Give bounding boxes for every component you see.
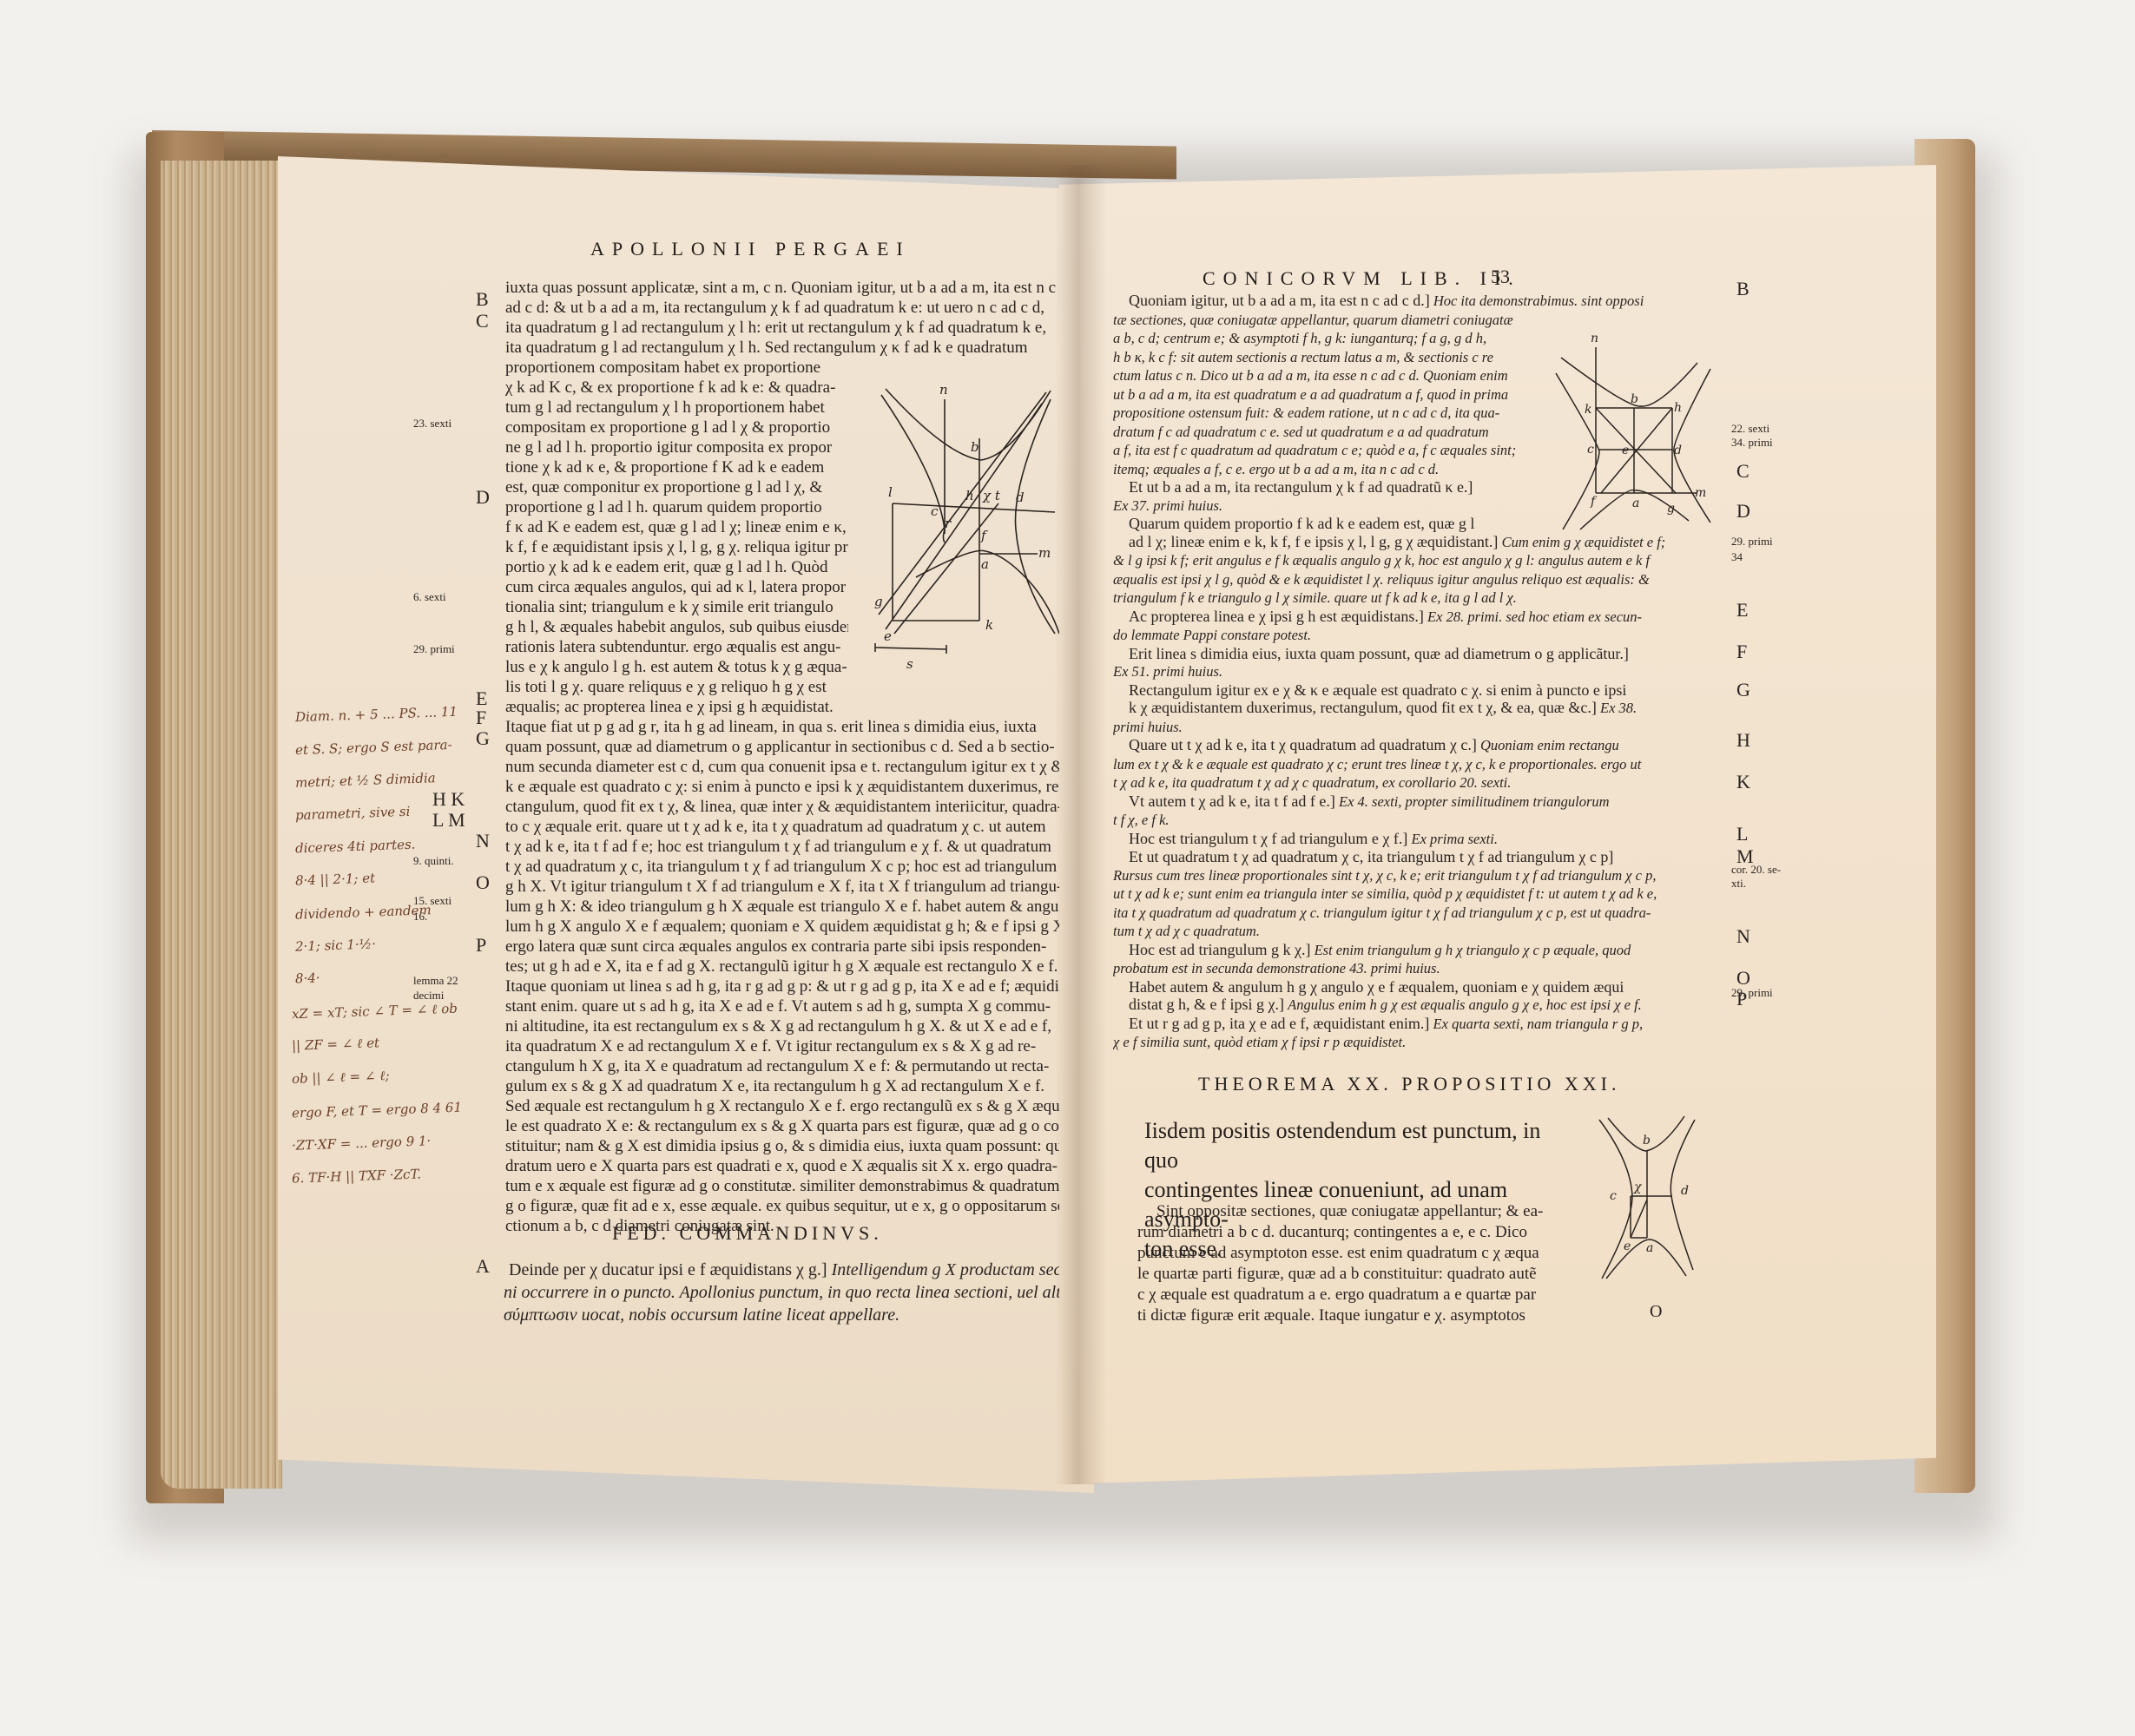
text-line: Ex 51. primi huius.: [1113, 662, 1721, 681]
text-line: proportione g l ad l h. quarum quidem pr…: [505, 497, 848, 517]
roman-text: Erit linea s dimidia eius, iuxta quam po…: [1113, 645, 1629, 662]
side-letter: D: [476, 486, 490, 509]
roman-text: Rectangulum igitur ex e χ & κ e æquale e…: [1113, 681, 1626, 699]
italic-text: a f, ita est f c quadratum ad quadratum …: [1113, 442, 1516, 458]
italic-text: probatum est in secunda demonstratione 4…: [1113, 960, 1440, 976]
text-line: distat g h, & e f ipsi g χ.] Angulus eni…: [1113, 996, 1721, 1015]
text-line: & l g ipsi k f; erit angulus e f k æqual…: [1113, 551, 1721, 570]
right-running-head: CONICORVM LIB. II.: [1203, 267, 1521, 290]
text-line: quam possunt, quæ ad diametrum o g appli…: [505, 737, 1078, 757]
right-bottom-hyperbola-diagram: bχc dea: [1598, 1109, 1719, 1283]
italic-text: χ e f similia sunt, quòd etiam χ f ipsi …: [1113, 1034, 1406, 1050]
text-line: to c χ æquale erit. quare ut t χ ad k e,…: [505, 817, 1078, 837]
svg-text:a: a: [1646, 1241, 1653, 1255]
text-line: Quoniam igitur, ut b a ad a m, ita est n…: [1113, 292, 1721, 311]
text-line: cum circa æquales angulos, qui ad κ l, l…: [505, 577, 848, 597]
text-line: num secunda diameter est c d, cum qua co…: [505, 757, 1078, 777]
italic-text: Ex 38.: [1597, 700, 1637, 716]
text-line: lus e χ k angulo l g h. est autem & totu…: [505, 657, 848, 677]
text-line: ergo latera quæ sunt circa æquales angul…: [505, 937, 1078, 957]
text-line: t f χ, e f k.: [1113, 811, 1721, 830]
italic-text: Ex 28. primi. sed hoc etiam ex secun-: [1424, 608, 1642, 625]
roman-text: distat g h, & e f ipsi g χ.]: [1113, 996, 1284, 1013]
italic-text: tæ sectiones, quæ coniugatæ appellantur,…: [1113, 312, 1513, 328]
svg-text:h: h: [1674, 401, 1682, 415]
italic-text: do lemmate Pappi constare potest.: [1113, 627, 1311, 643]
side-letter: G: [1736, 679, 1750, 701]
svg-text:s: s: [906, 656, 913, 672]
text-line: Erit linea s dimidia eius, iuxta quam po…: [1113, 645, 1721, 663]
text-line: tione χ k ad κ e, & proportione f K ad k…: [505, 457, 848, 477]
roman-text: Vt autem t χ ad k e, ita t f ad f e.]: [1113, 792, 1335, 810]
margin-reference: cor. 20. se-: [1731, 863, 1781, 877]
text-line: ita quadratum g l ad rectangulum χ l h: …: [505, 318, 1078, 338]
text-line: tes; ut g h ad e X, ita e f ad g X. rect…: [505, 957, 1078, 976]
italic-text: t f χ, e f k.: [1113, 812, 1170, 828]
svg-text:g: g: [874, 594, 883, 609]
italic-text: Ex 4. sexti, propter similitudinem trian…: [1335, 793, 1610, 810]
handwritten-line: et S. S; ergo S est para-: [294, 730, 452, 765]
svg-text:m: m: [1695, 486, 1706, 500]
margin-reference: 9. quinti.: [413, 854, 454, 868]
italic-text: tum t χ ad χ c quadratum.: [1113, 923, 1260, 939]
text-line: tionalia sint; triangulum e k χ simile e…: [505, 597, 848, 617]
handwritten-line: metri; et ½ S dimidia: [294, 763, 436, 798]
handwritten-line: Diam. n. + 5 ... PS. ... 11: [294, 697, 458, 733]
svg-text:n: n: [939, 382, 948, 398]
svg-text:e: e: [1624, 1240, 1631, 1253]
svg-text:χ: χ: [1633, 1180, 1643, 1194]
text-line: ita quadratum X e ad rectangulum X e f. …: [505, 1036, 1078, 1056]
text-line: itemq; æquales a f, c e. ergo ut b a ad …: [1113, 460, 1521, 479]
svg-text:a: a: [1632, 496, 1639, 510]
side-letter: D: [1736, 500, 1750, 523]
text-line: æqualis est ipsi χ l g, quòd & e k æquid…: [1113, 570, 1721, 589]
italic-text: Hoc ita demonstrabimus. sint opposi: [1430, 293, 1644, 309]
theorem-proof: Sint oppositæ sectiones, quæ coniugatæ a…: [1137, 1201, 1554, 1326]
svg-text:k: k: [985, 617, 993, 633]
svg-text:b: b: [1643, 1134, 1651, 1147]
svg-text:r: r: [945, 516, 952, 531]
text-line: Et ut quadratum t χ ad quadratum χ c, it…: [1113, 848, 1721, 866]
text-line: g h l, & æquales habebit angulos, sub qu…: [505, 617, 848, 637]
margin-reference: lemma 22: [413, 974, 458, 988]
handwritten-line: ob || ∠ ℓ = ∠ ℓ;: [291, 1061, 390, 1094]
text-line: compositam ex proportione g l ad l χ & p…: [505, 418, 848, 437]
text-line: Hoc est triangulum t χ f ad triangulum e…: [1113, 830, 1721, 849]
side-letter: C: [1736, 460, 1750, 483]
italic-text: ctum latus c n. Dico ut b a ad a m, ita …: [1113, 367, 1508, 384]
text-line: t χ ad k e, ita t f ad f e; hoc est tria…: [505, 837, 1078, 857]
text-line: iuxta quas possunt applicatæ, sint a m, …: [505, 278, 1078, 298]
text-line: Vt autem t χ ad k e, ita t f ad f e.] Ex…: [1113, 792, 1721, 812]
text-line: lis toti l g χ. quare reliquus e χ g rel…: [505, 677, 848, 697]
text-line: æqualis; ac propterea linea e χ ipsi g h…: [505, 697, 848, 717]
italic-text: Ex prima sexti.: [1407, 831, 1498, 847]
roman-text: Et ut quadratum t χ ad quadratum χ c, it…: [1113, 848, 1613, 865]
svg-text:n: n: [1591, 332, 1598, 345]
roman-text: Hoc est ad triangulum g k χ.]: [1113, 941, 1310, 958]
text-line: ctangulum, quod fit ex t χ, & linea, quæ…: [505, 797, 1078, 817]
side-letter: C: [476, 310, 489, 332]
side-letter: K: [1736, 771, 1750, 793]
roman-text: Ac propterea linea e χ ipsi g h est æqui…: [1113, 608, 1424, 625]
text-line: le est quadrato X e: & rectangulum ex s …: [505, 1116, 1078, 1136]
roman-text: Quarum quidem proportio f k ad k e eadem…: [1113, 515, 1474, 532]
roman-text: Quare ut t χ ad k e, ita t χ quadratum a…: [1113, 736, 1477, 753]
side-letter: N: [1736, 925, 1750, 948]
text-line: k e æquale est quadrato c χ: si enim à p…: [505, 777, 1078, 797]
text-line: ut t χ ad k e; sunt enim ea triangula in…: [1113, 884, 1721, 904]
text-line: Itaque fiat ut p g ad g r, ita h g ad li…: [505, 717, 1078, 737]
svg-text:e: e: [1622, 444, 1629, 457]
text-line: Hoc est ad triangulum g k χ.] Est enim t…: [1113, 941, 1721, 960]
text-line: Habet autem & angulum h g χ angulo χ e f…: [1113, 978, 1721, 996]
italic-text: ut t χ ad k e; sunt enim ea triangula in…: [1113, 885, 1657, 902]
text-line: lum g h X: & ideo triangulum g h X æqual…: [505, 897, 1078, 917]
text-line: χ k ad K c, & ex proportione f k ad k e:…: [505, 378, 848, 398]
text-line: k χ æquidistantem duxerimus, rectangulum…: [1113, 699, 1721, 718]
text-line: do lemmate Pappi constare potest.: [1113, 626, 1721, 645]
text-line: Itaque quoniam ut linea s ad h g, ita r …: [505, 976, 1078, 996]
handwritten-line: dividendo + eandem: [294, 895, 432, 929]
proof-line: Sint oppositæ sectiones, quæ coniugatæ a…: [1137, 1201, 1554, 1222]
side-letter: F: [476, 707, 486, 729]
side-letter: N: [476, 830, 490, 852]
side-letter: E: [1736, 599, 1748, 621]
text-line: Rursus cum tres lineæ proportionales sin…: [1113, 866, 1721, 885]
svg-text:g: g: [1667, 502, 1675, 516]
svg-text:χ t: χ t: [982, 488, 1001, 503]
text-line: Sed æquale est rectangulum h g X rectang…: [505, 1096, 1078, 1116]
text-line: ad c d: & ut b a ad a m, ita rectangulum…: [505, 298, 1078, 318]
commentary-heading: FED. COMMANDINVS.: [612, 1222, 883, 1245]
handwritten-line: 8·4 || 2·1; et: [294, 863, 375, 895]
text-line: stant enim. quare ut s ad h g, ita X e a…: [505, 996, 1078, 1016]
commentary-text: Deinde per χ ducatur ipsi e f æquidistan…: [504, 1259, 1094, 1326]
handwritten-line: 6. TF·H || TXF ·ZcT.: [291, 1159, 421, 1193]
text-line: Ac propterea linea e χ ipsi g h est æqui…: [1113, 608, 1721, 627]
text-line: gulum ex s & g X ad quadratum X e, ita r…: [505, 1076, 1078, 1096]
theorem-heading: THEOREMA XX. PROPOSITIO XXI.: [1198, 1073, 1621, 1095]
signature-mark: O: [1650, 1302, 1662, 1322]
margin-reference: 22. sexti: [1731, 422, 1769, 436]
text-line: ita t χ quadratum ad quadratum χ c. tria…: [1113, 904, 1721, 923]
italic-text: propositione ostensum fuit: & eadem rati…: [1113, 404, 1499, 421]
text-line: triangulum f k e triangulo g l χ simile.…: [1113, 589, 1721, 608]
handwritten-line: parametri, sive si: [294, 797, 411, 831]
italic-text: dratum f c ad quadratum c e. sed ut quad…: [1113, 424, 1489, 440]
italic-text: Ex quarta sexti, nam triangula r g p,: [1429, 1016, 1643, 1032]
text-line: ni altitudine, ita est rectangulum ex s …: [505, 1016, 1078, 1036]
text-line: Rectangulum igitur ex e χ & κ e æquale e…: [1113, 681, 1721, 700]
italic-text: Est enim triangulum g h χ triangulo χ c …: [1310, 942, 1631, 958]
italic-text: Angulus enim h g χ est æqualis angulo g …: [1284, 996, 1642, 1013]
text-line: a f, ita est f c quadratum ad quadratum …: [1113, 441, 1521, 460]
text-line: primi huius.: [1113, 718, 1721, 737]
roman-text: Quoniam igitur, ut b a ad a m, ita est n…: [1113, 292, 1430, 309]
svg-text:d: d: [1681, 1184, 1689, 1198]
handwritten-line: 2·1; sic 1·½·: [294, 929, 376, 961]
commentary-marker: A: [476, 1255, 490, 1278]
svg-text:d: d: [1674, 444, 1682, 457]
text-line: h b κ, k c f: sit autem sectionis a rect…: [1113, 348, 1521, 367]
proof-line: ti dictæ figuræ erit æquale. Itaque iung…: [1137, 1305, 1554, 1326]
italic-text: & l g ipsi k f; erit angulus e f k æqual…: [1113, 552, 1650, 569]
text-line: propositione ostensum fuit: & eadem rati…: [1113, 404, 1521, 423]
margin-reference: 34: [1731, 550, 1743, 564]
proof-line: c χ æquale est quadratum a e. ergo quadr…: [1137, 1285, 1554, 1305]
side-letter: G: [476, 727, 490, 750]
text-line: ctum latus c n. Dico ut b a ad a m, ita …: [1113, 366, 1521, 385]
margin-reference: 34. primi: [1731, 436, 1773, 450]
text-line: t χ ad quadratum χ c, ita triangulum t χ…: [505, 857, 1078, 877]
roman-text: ad l χ; lineæ enim e k, k f, f e ipsis χ…: [1113, 533, 1498, 550]
side-letter: O: [476, 871, 490, 894]
text-line: ne g l ad l h. proportio igitur composit…: [505, 437, 848, 457]
svg-text:m: m: [1038, 545, 1051, 561]
text-line: est, quæ componitur ex proportione g l a…: [505, 477, 848, 497]
italic-text: Quoniam enim rectangu: [1477, 737, 1619, 753]
side-letter: H: [1736, 729, 1750, 752]
text-line: k f, f e æquidistant ipsis χ l, l g, g χ…: [505, 537, 848, 557]
left-hyperbola-diagram: nbl hχ td crf amg ek: [834, 382, 1085, 642]
italic-text: ita t χ quadratum ad quadratum χ c. tria…: [1113, 904, 1651, 921]
text-line: ut b a ad a m, ita est quadratum e a ad …: [1113, 385, 1521, 404]
side-letter: B: [476, 288, 489, 311]
side-letter: B: [1736, 278, 1750, 300]
text-line: lum ex t χ & k e æquale est quadrato χ c…: [1113, 755, 1721, 774]
italic-text: ut b a ad a m, ita est quadratum e a ad …: [1113, 386, 1508, 403]
roman-text: Hoc est triangulum t χ f ad triangulum e…: [1113, 830, 1407, 847]
text-line: probatum est in secunda demonstratione 4…: [1113, 959, 1721, 978]
svg-text:d: d: [1016, 490, 1025, 505]
svg-text:f: f: [980, 528, 988, 543]
text-line: tæ sectiones, quæ coniugatæ appellantur,…: [1113, 311, 1521, 330]
text-line: g h X. Vt igitur triangulum t X f ad tri…: [505, 877, 1078, 897]
italic-text: triangulum f k e triangulo g l χ simile.…: [1113, 589, 1517, 606]
proof-line: rum diametri a b c d. ducanturq; conting…: [1137, 1222, 1554, 1243]
italic-text: itemq; æquales a f, c e. ergo ut b a ad …: [1113, 461, 1439, 477]
text-line: Quare ut t χ ad k e, ita t χ quadratum a…: [1113, 736, 1721, 755]
proof-line: le quartæ parti figuræ, quæ ad a b const…: [1137, 1264, 1554, 1285]
italic-text: h b κ, k c f: sit autem sectionis a rect…: [1113, 349, 1493, 365]
page-number: 53: [1491, 266, 1510, 288]
page-block-edge-left: [161, 161, 282, 1489]
text-line: ctangulum h X g, ita X e quadratum ad re…: [505, 1056, 1078, 1076]
svg-text:c: c: [931, 503, 939, 519]
margin-reference: 6. sexti: [413, 590, 446, 604]
svg-text:f: f: [1590, 495, 1598, 509]
roman-text: Et ut r g ad g p, ita χ e ad e f, æquidi…: [1113, 1015, 1429, 1032]
text-line: proportionem compositam habet ex proport…: [505, 358, 848, 378]
margin-reference: 29. primi: [1731, 535, 1773, 549]
text-line: Et ut r g ad g p, ita χ e ad e f, æquidi…: [1113, 1015, 1721, 1034]
text-line: lum h g X angulo X e f æqualem; quoniam …: [505, 917, 1078, 937]
handwritten-line: || ZF = ∠ ℓ et: [291, 1028, 379, 1061]
margin-reference: 23. sexti: [413, 417, 451, 431]
margin-reference: 29. primi: [1731, 986, 1773, 1000]
svg-text:c: c: [1610, 1189, 1617, 1203]
side-letter: H K: [432, 788, 465, 811]
text-line: g o figuræ, quæ fit ad e x, esse æquale.…: [505, 1196, 1078, 1216]
italic-text: æqualis est ipsi χ l g, quòd & e k æquid…: [1113, 571, 1650, 588]
text-line: stituitur; nam & g X est dimidia ipsius …: [505, 1136, 1078, 1156]
right-top-hyperbola-diagram: nkbh ced fagm: [1545, 321, 1736, 538]
handwritten-line: xZ = xT; sic ∠ T = ∠ ℓ ob: [291, 994, 458, 1029]
segment-s-diagram: s: [868, 641, 955, 675]
italic-text: primi huius.: [1113, 719, 1183, 735]
side-letter: L: [1736, 823, 1748, 845]
handwritten-line: ergo F, et T = ergo 8 4 61: [291, 1093, 462, 1128]
svg-text:h: h: [965, 488, 974, 503]
side-letter: F: [1736, 641, 1747, 663]
text-line: rationis latera subtenduntur. ergo æqual…: [505, 637, 848, 657]
roman-text: k χ æquidistantem duxerimus, rectangulum…: [1113, 699, 1597, 716]
text-line: tum t χ ad χ c quadratum.: [1113, 922, 1721, 941]
svg-text:c: c: [1587, 443, 1594, 457]
svg-text:k: k: [1585, 403, 1591, 417]
text-line: a b, c d; centrum e; & asymptoti f h, g …: [1113, 329, 1521, 348]
proof-line: punctum e ad asymptoton esse. est enim q…: [1137, 1243, 1554, 1264]
svg-text:l: l: [888, 484, 893, 500]
handwritten-line: 8·4·: [294, 963, 320, 994]
italic-text: Rursus cum tres lineæ proportionales sin…: [1113, 867, 1656, 884]
text-line: portio χ k ad k e eadem erit, quæ g l ad…: [505, 557, 848, 577]
svg-text:a: a: [981, 556, 989, 572]
margin-reference: 29. primi: [413, 642, 455, 656]
italic-text: Ex 51. primi huius.: [1113, 663, 1222, 680]
handwritten-line: diceres 4ti partes.: [294, 830, 416, 864]
enunciation-line: Iisdem positis ostendendum est punctum, …: [1144, 1116, 1544, 1175]
side-letter: P: [476, 934, 486, 957]
roman-text: Habet autem & angulum h g χ angulo χ e f…: [1113, 978, 1624, 996]
italic-text: t χ ad k e, ita quadratum t χ ad χ c qua…: [1113, 774, 1511, 791]
svg-text:b: b: [1631, 392, 1638, 406]
text-line: dratum f c ad quadratum c e. sed ut quad…: [1113, 423, 1521, 442]
text-line: ita quadratum g l ad rectangulum χ l h. …: [505, 338, 1078, 358]
margin-reference: xti.: [1731, 877, 1746, 891]
side-letter: L M: [432, 809, 465, 832]
left-running-head: APOLLONII PERGAEI: [590, 238, 911, 260]
italic-text: lum ex t χ & k e æquale est quadrato χ c…: [1113, 756, 1641, 773]
italic-text: Ex 37. primi huius.: [1113, 497, 1222, 514]
text-line: dratum uero e X quarta pars est quadrati…: [505, 1156, 1078, 1176]
italic-text: a b, c d; centrum e; & asymptoti f h, g …: [1113, 330, 1486, 346]
text-line: tum g l ad rectangulum χ l h proportione…: [505, 398, 848, 418]
text-line: f κ ad K e eadem est, quæ g l ad l χ; li…: [505, 517, 848, 537]
handwritten-line: ·ZT·XF = ... ergo 9 1·: [291, 1126, 431, 1161]
roman-text: Et ut b a ad a m, ita rectangulum χ k f …: [1113, 478, 1473, 496]
text-line: χ e f similia sunt, quòd etiam χ f ipsi …: [1113, 1033, 1721, 1052]
svg-text:b: b: [971, 439, 979, 455]
text-line: t χ ad k e, ita quadratum t χ ad χ c qua…: [1113, 773, 1721, 792]
gutter-shadow: [1055, 165, 1107, 1484]
text-line: tum e x æquale est figuræ ad g o constit…: [505, 1176, 1078, 1196]
